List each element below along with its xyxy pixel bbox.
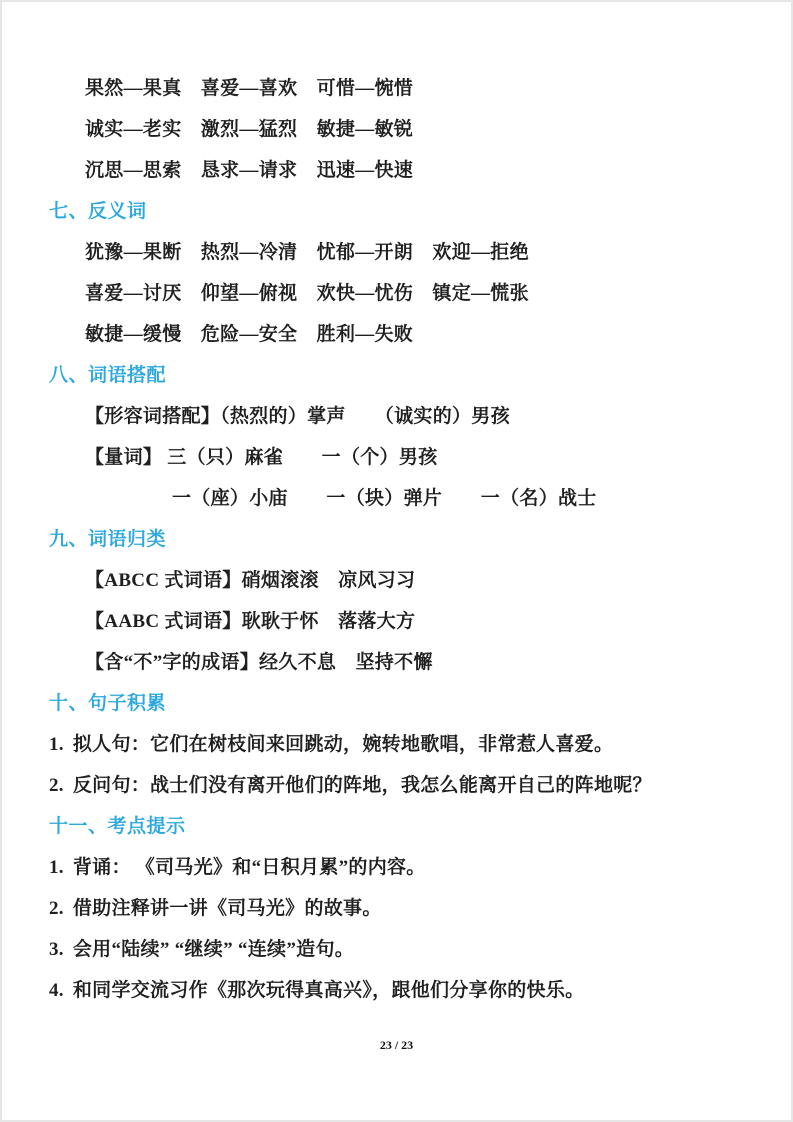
list-item-number: 1. <box>49 857 64 878</box>
document-page: 果然—果真 喜爱—喜欢 可惜—惋惜 诚实—老实 激烈—猛烈 敏捷—敏锐 沉思—思… <box>0 0 793 1122</box>
collocation-line-1: 【形容词搭配】（热烈的）掌声 （诚实的）男孩 <box>85 406 755 428</box>
list-item-number: 3. <box>49 939 64 960</box>
antonym-line-3: 敏捷—缓慢 危险—安全 胜利—失败 <box>85 324 755 346</box>
collocation-line-3: 一（座）小庙 一（块）弹片 一（名）战士 <box>172 488 755 510</box>
section-heading-word-categories: 九、词语归类 <box>49 529 755 551</box>
exam-tip-item-4: 4.和同学交流习作《那次玩得真高兴》，跟他们分享你的快乐。 <box>49 980 755 1002</box>
exam-tip-item-3: 3.会用“陆续” “继续” “连续”造句。 <box>49 939 755 961</box>
list-item-text: 会用“陆续” “继续” “连续”造句。 <box>73 939 354 960</box>
category-line-2: 【AABC 式词语】耿耿于怀 落落大方 <box>85 611 755 633</box>
antonym-line-2: 喜爱—讨厌 仰望—俯视 欢快—忧伤 镇定—慌张 <box>85 283 755 305</box>
list-item-text: 反问句：战士们没有离开他们的阵地，我怎么能离开自己的阵地呢？ <box>73 775 652 796</box>
list-item-number: 4. <box>49 980 64 1001</box>
list-item-text: 和同学交流习作《那次玩得真高兴》，跟他们分享你的快乐。 <box>73 980 585 1001</box>
page-number: 23 / 23 <box>2 1038 791 1053</box>
category-line-3: 【含“不”字的成语】经久不息 坚持不懈 <box>85 652 755 674</box>
category-line-1: 【ABCC 式词语】硝烟滚滚 凉风习习 <box>85 570 755 592</box>
section-heading-antonyms: 七、反义词 <box>49 201 755 223</box>
sentence-item-1: 1.拟人句：它们在树枝间来回跳动，婉转地歌唱，非常惹人喜爱。 <box>49 734 755 756</box>
collocation-line-2: 【量词】 三（只）麻雀 一（个）男孩 <box>85 447 755 469</box>
document-content: 果然—果真 喜爱—喜欢 可惜—惋惜 诚实—老实 激烈—猛烈 敏捷—敏锐 沉思—思… <box>2 2 791 1002</box>
list-item-number: 2. <box>49 898 64 919</box>
synonym-line-3: 沉思—思索 恳求—请求 迅速—快速 <box>85 160 755 182</box>
section-heading-sentences: 十、句子积累 <box>49 693 755 715</box>
section-heading-collocations: 八、词语搭配 <box>49 365 755 387</box>
synonym-line-1: 果然—果真 喜爱—喜欢 可惜—惋惜 <box>85 78 755 100</box>
exam-tip-item-1: 1.背诵： 《司马光》和“日积月累”的内容。 <box>49 857 755 879</box>
synonym-line-2: 诚实—老实 激烈—猛烈 敏捷—敏锐 <box>85 119 755 141</box>
list-item-text: 拟人句：它们在树枝间来回跳动，婉转地歌唱，非常惹人喜爱。 <box>73 734 613 755</box>
section-heading-exam-tips: 十一、考点提示 <box>49 816 755 838</box>
list-item-text: 借助注释讲一讲《司马光》的故事。 <box>73 898 382 919</box>
antonym-line-1: 犹豫—果断 热烈—冷清 忧郁—开朗 欢迎—拒绝 <box>85 242 755 264</box>
sentence-item-2: 2.反问句：战士们没有离开他们的阵地，我怎么能离开自己的阵地呢？ <box>49 775 755 797</box>
list-item-number: 2. <box>49 775 64 796</box>
list-item-text: 背诵： 《司马光》和“日积月累”的内容。 <box>73 857 426 878</box>
list-item-number: 1. <box>49 734 64 755</box>
exam-tip-item-2: 2.借助注释讲一讲《司马光》的故事。 <box>49 898 755 920</box>
